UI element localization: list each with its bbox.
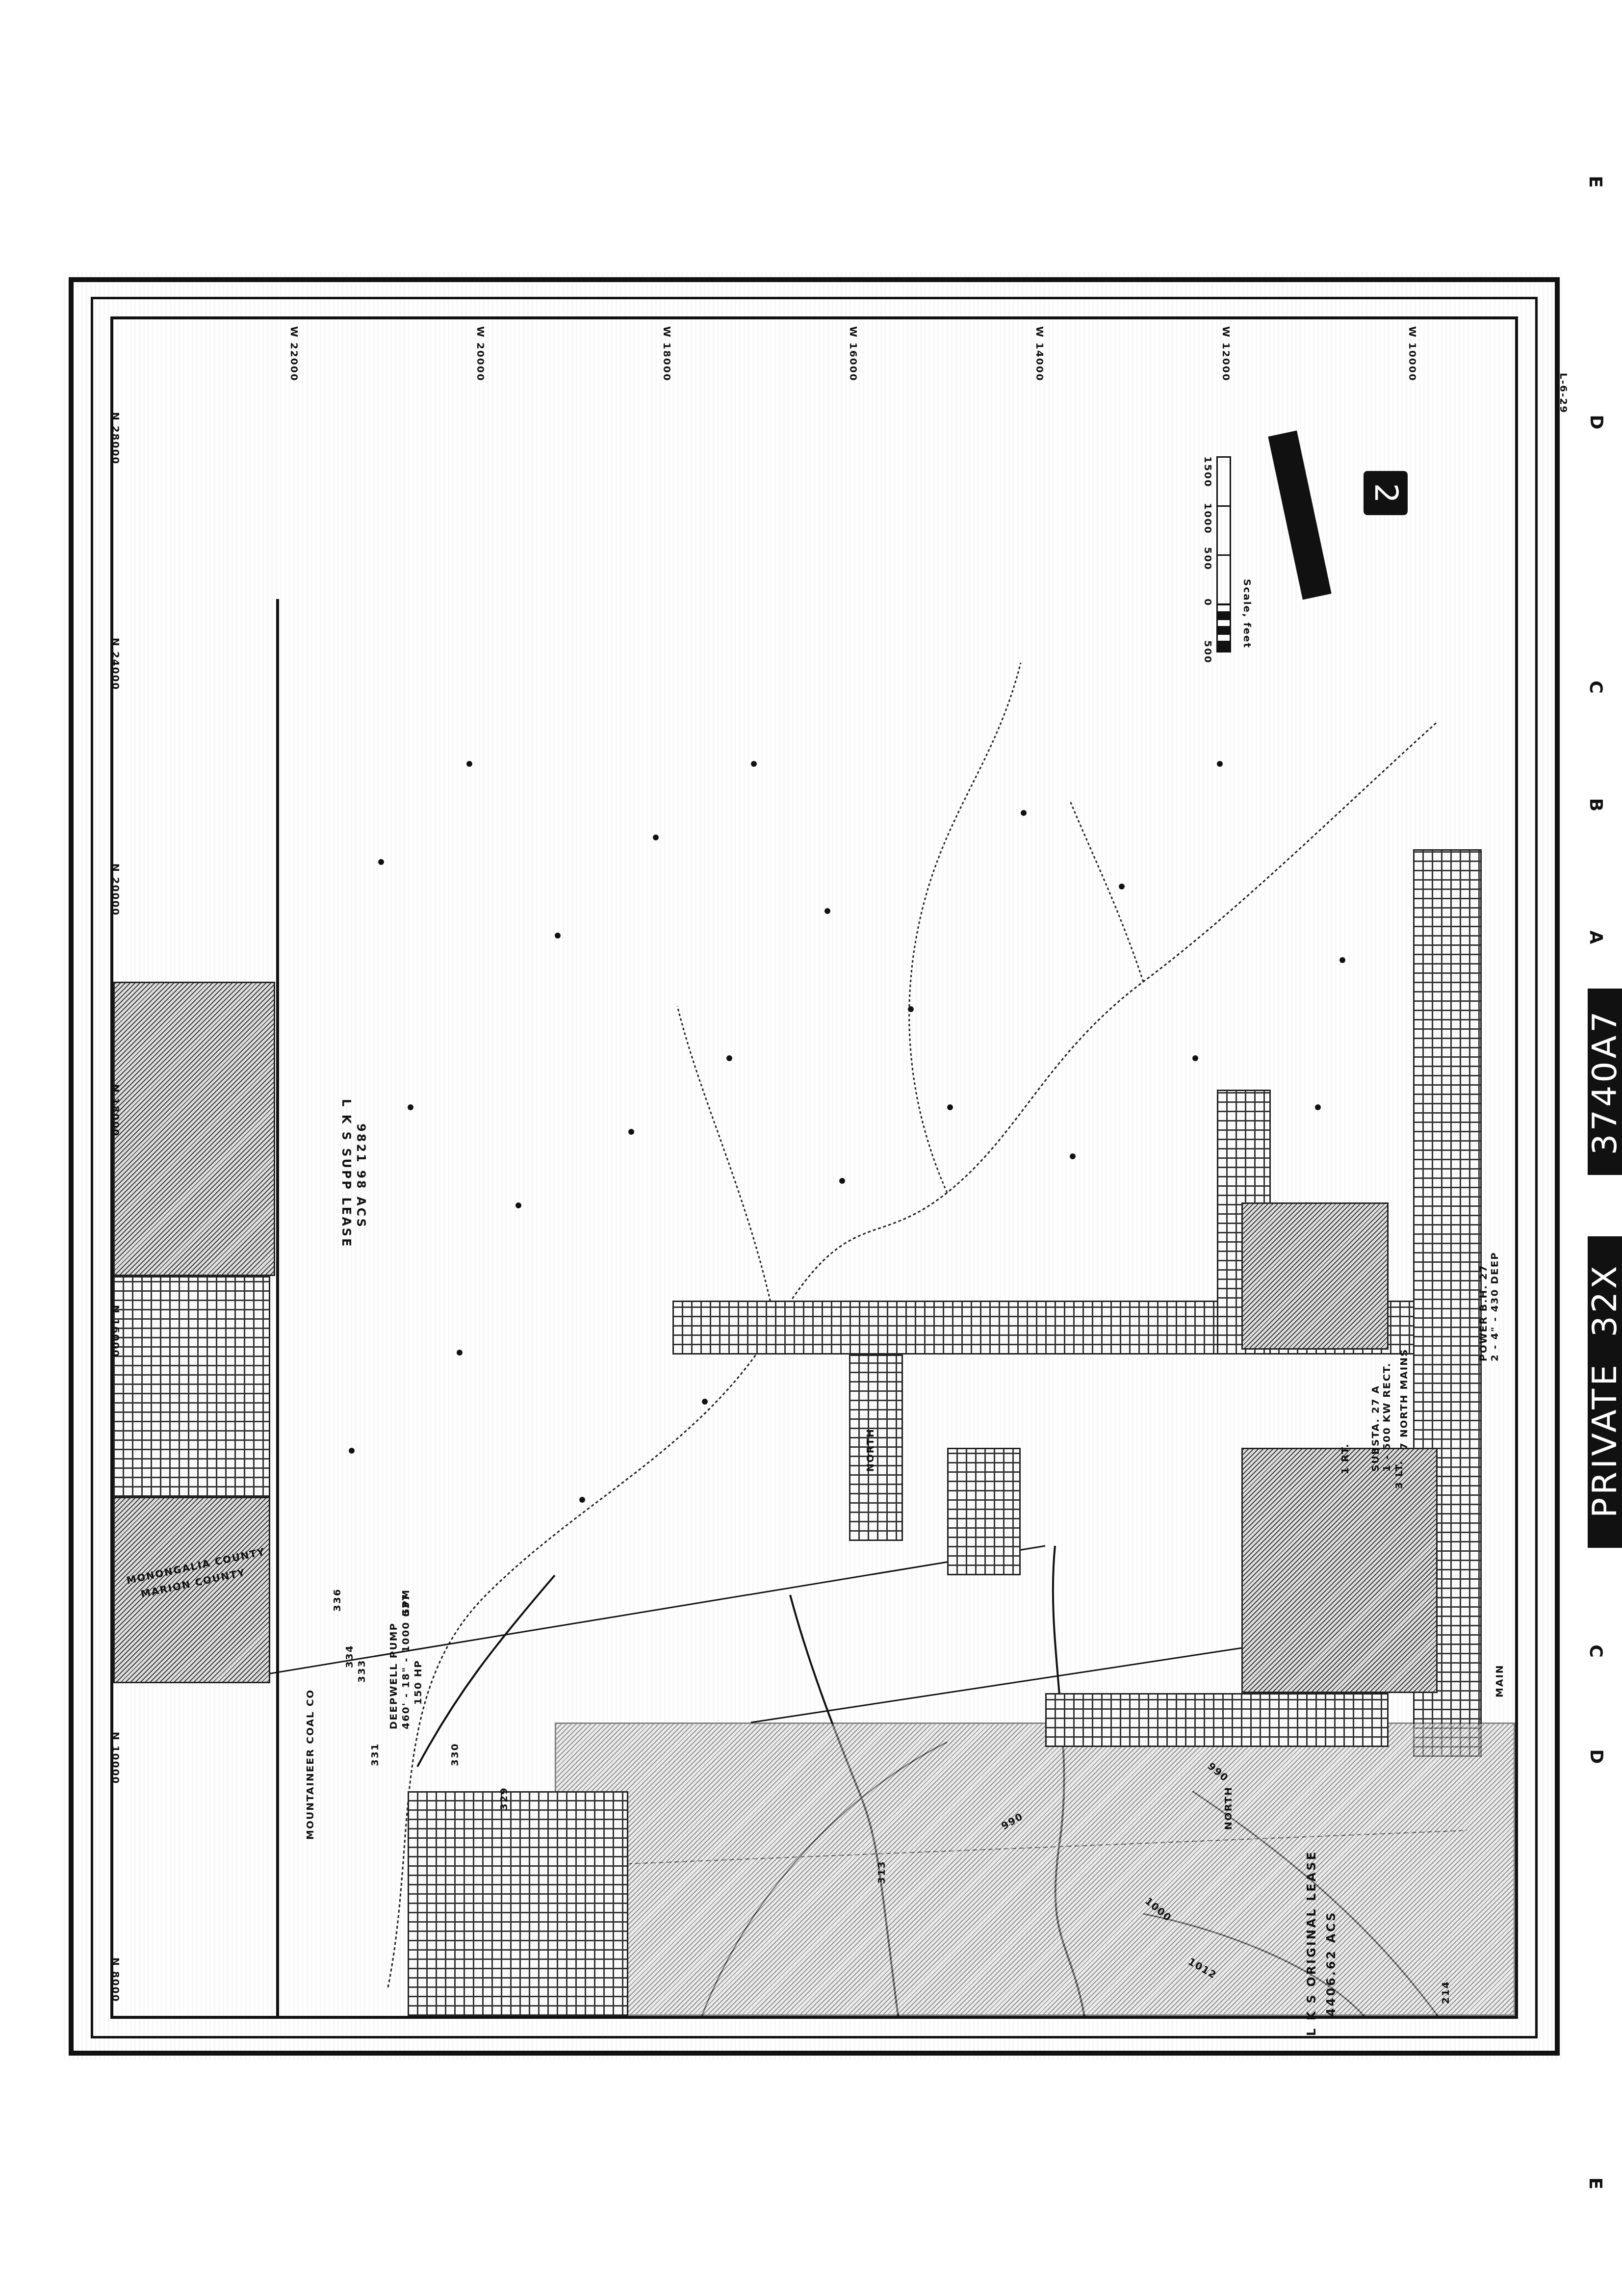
supp-lease-acres: 9821 98 ACS: [354, 1123, 368, 1229]
edge-letter: B: [1586, 798, 1606, 811]
well-number: 333: [356, 1659, 367, 1683]
well-number: 336: [331, 1588, 343, 1612]
power-borehole-label: POWER B.H. 27: [1477, 1264, 1489, 1361]
mined-area-south: [113, 1497, 270, 1683]
stamp-size: 32X: [1588, 1236, 1622, 1364]
southwest-workings: [408, 1791, 628, 2016]
substation-label: SUBSTA. 27 A: [1369, 1385, 1381, 1472]
edge-letter: C: [1586, 680, 1606, 693]
scale-bar: [1216, 456, 1231, 652]
scale-tick: 1500: [1202, 456, 1214, 488]
original-lease-acres: 4406.62 ACS: [1324, 1910, 1338, 2016]
stamp-number: 3740A7: [1588, 989, 1622, 1175]
well-number: 313: [875, 1860, 887, 1884]
supp-lease-label: L K S SUPP LEASE: [339, 1099, 353, 1249]
main-entry-label: MAIN: [1493, 1664, 1505, 1697]
edge-letter: C: [1586, 1644, 1606, 1657]
scale-title: Scale, feet: [1241, 579, 1253, 649]
well-number: 331: [369, 1743, 381, 1766]
westing-label: W 14000: [1034, 326, 1046, 382]
westing-label: W 10000: [1407, 326, 1418, 382]
power-borehole-spec: 2 - 4" - 430 DEEP: [1489, 1252, 1500, 1361]
accession-stamp: PRIVATE 32X 3740A7: [1585, 922, 1620, 1575]
stamp-private: PRIVATE: [1588, 1332, 1622, 1548]
edge-letter: D: [1586, 1749, 1606, 1764]
edge-letter: E: [1585, 2177, 1605, 2190]
neighbor-company-label: MOUNTAINEER COAL CO: [304, 1689, 316, 1840]
northing-label: N 16000: [110, 1305, 122, 1357]
northing-label: N 24000: [110, 638, 122, 690]
westing-label: W 18000: [661, 326, 673, 382]
deepwell-label: DEEPWELL PUMP: [387, 1622, 399, 1729]
scale-tick: 0: [1202, 599, 1214, 606]
westing-label: W 12000: [1220, 326, 1232, 382]
northing-label: N 18000: [110, 1084, 122, 1137]
revision-label: L-6-29: [1558, 373, 1570, 414]
sheet-number-badge: 2: [1364, 471, 1408, 515]
east-gob: [1241, 1202, 1389, 1350]
entry-label: 1 RT.: [1339, 1443, 1351, 1474]
original-lease-area: [555, 1722, 1515, 2016]
edge-letter: E: [1585, 176, 1605, 188]
south-entries: [1045, 1693, 1389, 1747]
mains-label: 7 NORTH MAINS: [1398, 1349, 1410, 1450]
well-number: 337: [400, 1593, 412, 1617]
mined-area-north: [113, 982, 275, 1276]
well-number: 330: [449, 1743, 461, 1766]
scale-tick: 500: [1202, 640, 1214, 664]
well-number: 334: [343, 1644, 355, 1668]
scale-tick: 1000: [1202, 503, 1214, 534]
entry-label: 3 LT.: [1393, 1460, 1405, 1489]
substation-rating: 1 - 500 KW RECT.: [1381, 1362, 1392, 1472]
north-entry-label: NORTH: [1222, 1786, 1234, 1830]
scale-tick: 500: [1202, 547, 1214, 571]
westing-label: W 22000: [288, 326, 300, 382]
westing-label: W 16000: [848, 326, 859, 382]
westing-label: W 20000: [475, 326, 487, 382]
northing-label: N 10000: [110, 1732, 122, 1784]
original-lease-label: L K S ORIGINAL LEASE: [1305, 1850, 1318, 2036]
submains: [947, 1448, 1021, 1575]
well-number: 214: [1440, 1981, 1451, 2004]
edge-letter: D: [1586, 415, 1606, 430]
southeast-gob: [1241, 1448, 1438, 1693]
well-number: 329: [498, 1787, 510, 1810]
deepwell-power: 150 HP: [412, 1660, 424, 1705]
panel-entry: [849, 1355, 903, 1541]
northing-label: N 8000: [110, 1957, 122, 2002]
northing-label: N 28000: [110, 412, 122, 465]
mined-area-central: [113, 1276, 270, 1497]
northing-label: N 20000: [110, 863, 122, 916]
north-entry-label: NORTH: [864, 1428, 876, 1472]
sheet-number: 2: [1367, 483, 1404, 503]
